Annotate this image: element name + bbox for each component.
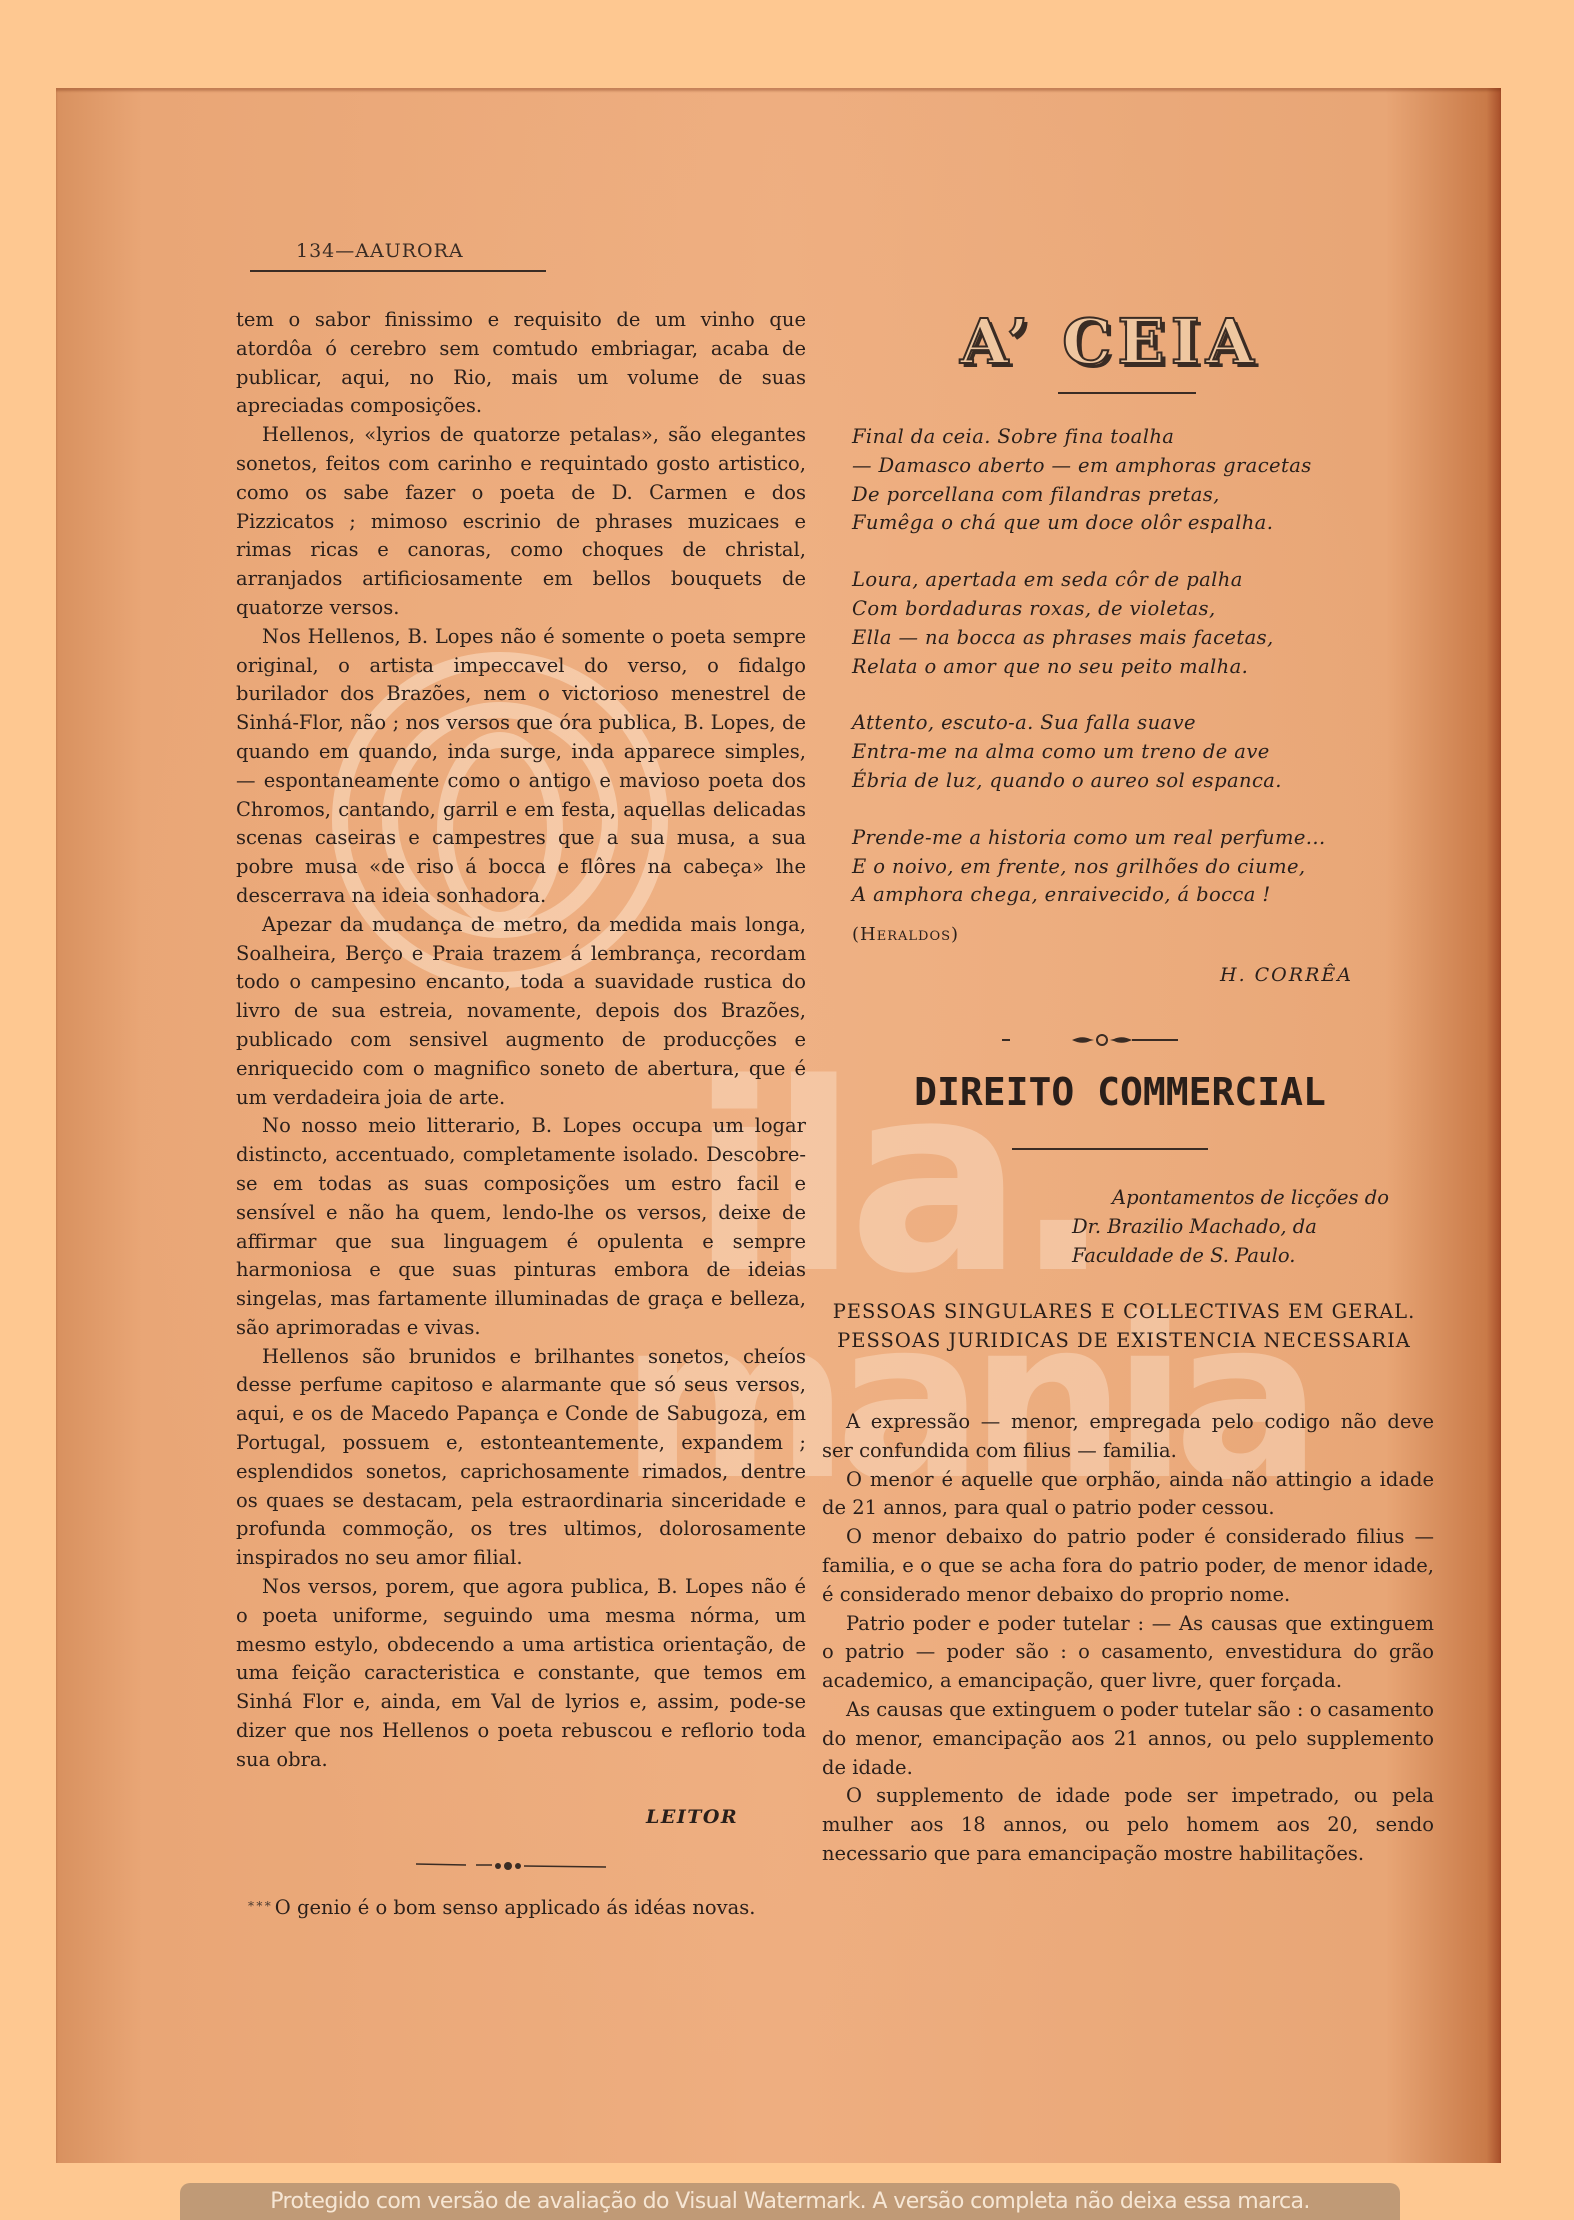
article-body: A expressão — menor, empregada pelo codi… (822, 1408, 1434, 1869)
poem-line: Ella — na bocca as phrases mais facetas, (852, 624, 1392, 653)
review-signature: LEITOR (646, 1806, 738, 1828)
article-paragraph: Patrio poder e poder tutelar : — As caus… (822, 1610, 1434, 1696)
page-header: 134—AAURORA (250, 240, 546, 272)
poem-line: De porcellana com filandras pretas, (852, 481, 1392, 510)
article-paragraph: O supplemento de idade pode ser impetrad… (822, 1782, 1434, 1868)
poem-source: (Heraldos) (852, 924, 959, 945)
article-paragraph: O menor debaixo do patrio poder é consid… (822, 1523, 1434, 1609)
article-title: DIREITO COMMERCIAL (850, 1070, 1390, 1114)
subtitle-line: Faculdade de S. Paulo. (1072, 1242, 1402, 1271)
poem-stanza: Attento, escuto-a. Sua falla suaveEntra-… (852, 709, 1392, 795)
article-section-heading: PESSOAS SINGULARES E COLLECTIVAS EM GERA… (832, 1298, 1416, 1356)
review-paragraph: tem o sabor finissimo e requisito de um … (236, 306, 806, 421)
poem-line: E o noivo, em frente, nos grilhões do ci… (852, 853, 1392, 882)
poem-line: Loura, apertada em seda côr de palha (852, 566, 1392, 595)
poem-line: — Damasco aberto — em amphoras gracetas (852, 452, 1392, 481)
review-paragraph: Nos versos, porem, que agora publica, B.… (236, 1573, 806, 1775)
subtitle-line: Apontamentos de licções do (1072, 1184, 1402, 1213)
footnote-text: O genio é o bom senso applicado ás idéas… (275, 1896, 756, 1919)
poem-line: Ébria de luz, quando o aureo sol espanca… (852, 767, 1392, 796)
poem-stanza: Loura, apertada em seda côr de palhaCom … (852, 566, 1392, 681)
poem-stanza: Prende-me a historia como um real perfum… (852, 824, 1392, 910)
ornament-divider-icon (416, 1858, 606, 1872)
poem-title: A’ CEIA (850, 305, 1370, 378)
ornament-divider-icon (1002, 1030, 1202, 1050)
review-paragraph: Hellenos, «lyrios de quatorze petalas», … (236, 421, 806, 623)
poem-line: Attento, escuto-a. Sua falla suave (852, 709, 1392, 738)
poem-title-rule (1058, 392, 1196, 394)
review-paragraph: No nosso meio litterario, B. Lopes occup… (236, 1112, 806, 1342)
poem-body: Final da ceia. Sobre fina toalha— Damasc… (852, 423, 1392, 938)
review-paragraph: Apezar da mudança de metro, da medida ma… (236, 911, 806, 1113)
poem-line: Prende-me a historia como um real perfum… (852, 824, 1392, 853)
poem-stanza: Final da ceia. Sobre fina toalha— Damasc… (852, 423, 1392, 538)
footnote-maxim: * * *O genio é o bom senso applicado ás … (248, 1896, 755, 1919)
poem-line: A amphora chega, enraivecido, á bocca ! (852, 881, 1392, 910)
poem-line: Entra-me na alma como um treno de ave (852, 738, 1392, 767)
article-paragraph: A expressão — menor, empregada pelo codi… (822, 1408, 1434, 1466)
poem-line: Fumêga o chá que um doce olôr espalha. (852, 509, 1392, 538)
poem-line: Relata o amor que no seu peito malha. (852, 653, 1392, 682)
poem-line: Final da ceia. Sobre fina toalha (852, 423, 1392, 452)
review-paragraph: Nos Hellenos, B. Lopes não é somente o p… (236, 623, 806, 911)
article-title-rule (1012, 1148, 1208, 1150)
article-paragraph: O menor é aquelle que orphão, ainda não … (822, 1466, 1434, 1524)
article-paragraph: As causas que extinguem o poder tutelar … (822, 1696, 1434, 1782)
poem-author: H. CORRÊA (1220, 964, 1353, 986)
left-column-review: tem o sabor finissimo e requisito de um … (236, 306, 806, 1775)
review-paragraph: Hellenos são brunidos e brilhantes sonet… (236, 1343, 806, 1573)
poem-line: Com bordaduras roxas, de violetas, (852, 595, 1392, 624)
watermark-banner: Protegido com versão de avaliação do Vis… (180, 2183, 1400, 2220)
subtitle-line: Dr. Brazilio Machado, da (1072, 1213, 1402, 1242)
article-subtitle: Apontamentos de licções do Dr. Brazilio … (1072, 1184, 1402, 1270)
asterism-icon: * * * (248, 1899, 271, 1913)
